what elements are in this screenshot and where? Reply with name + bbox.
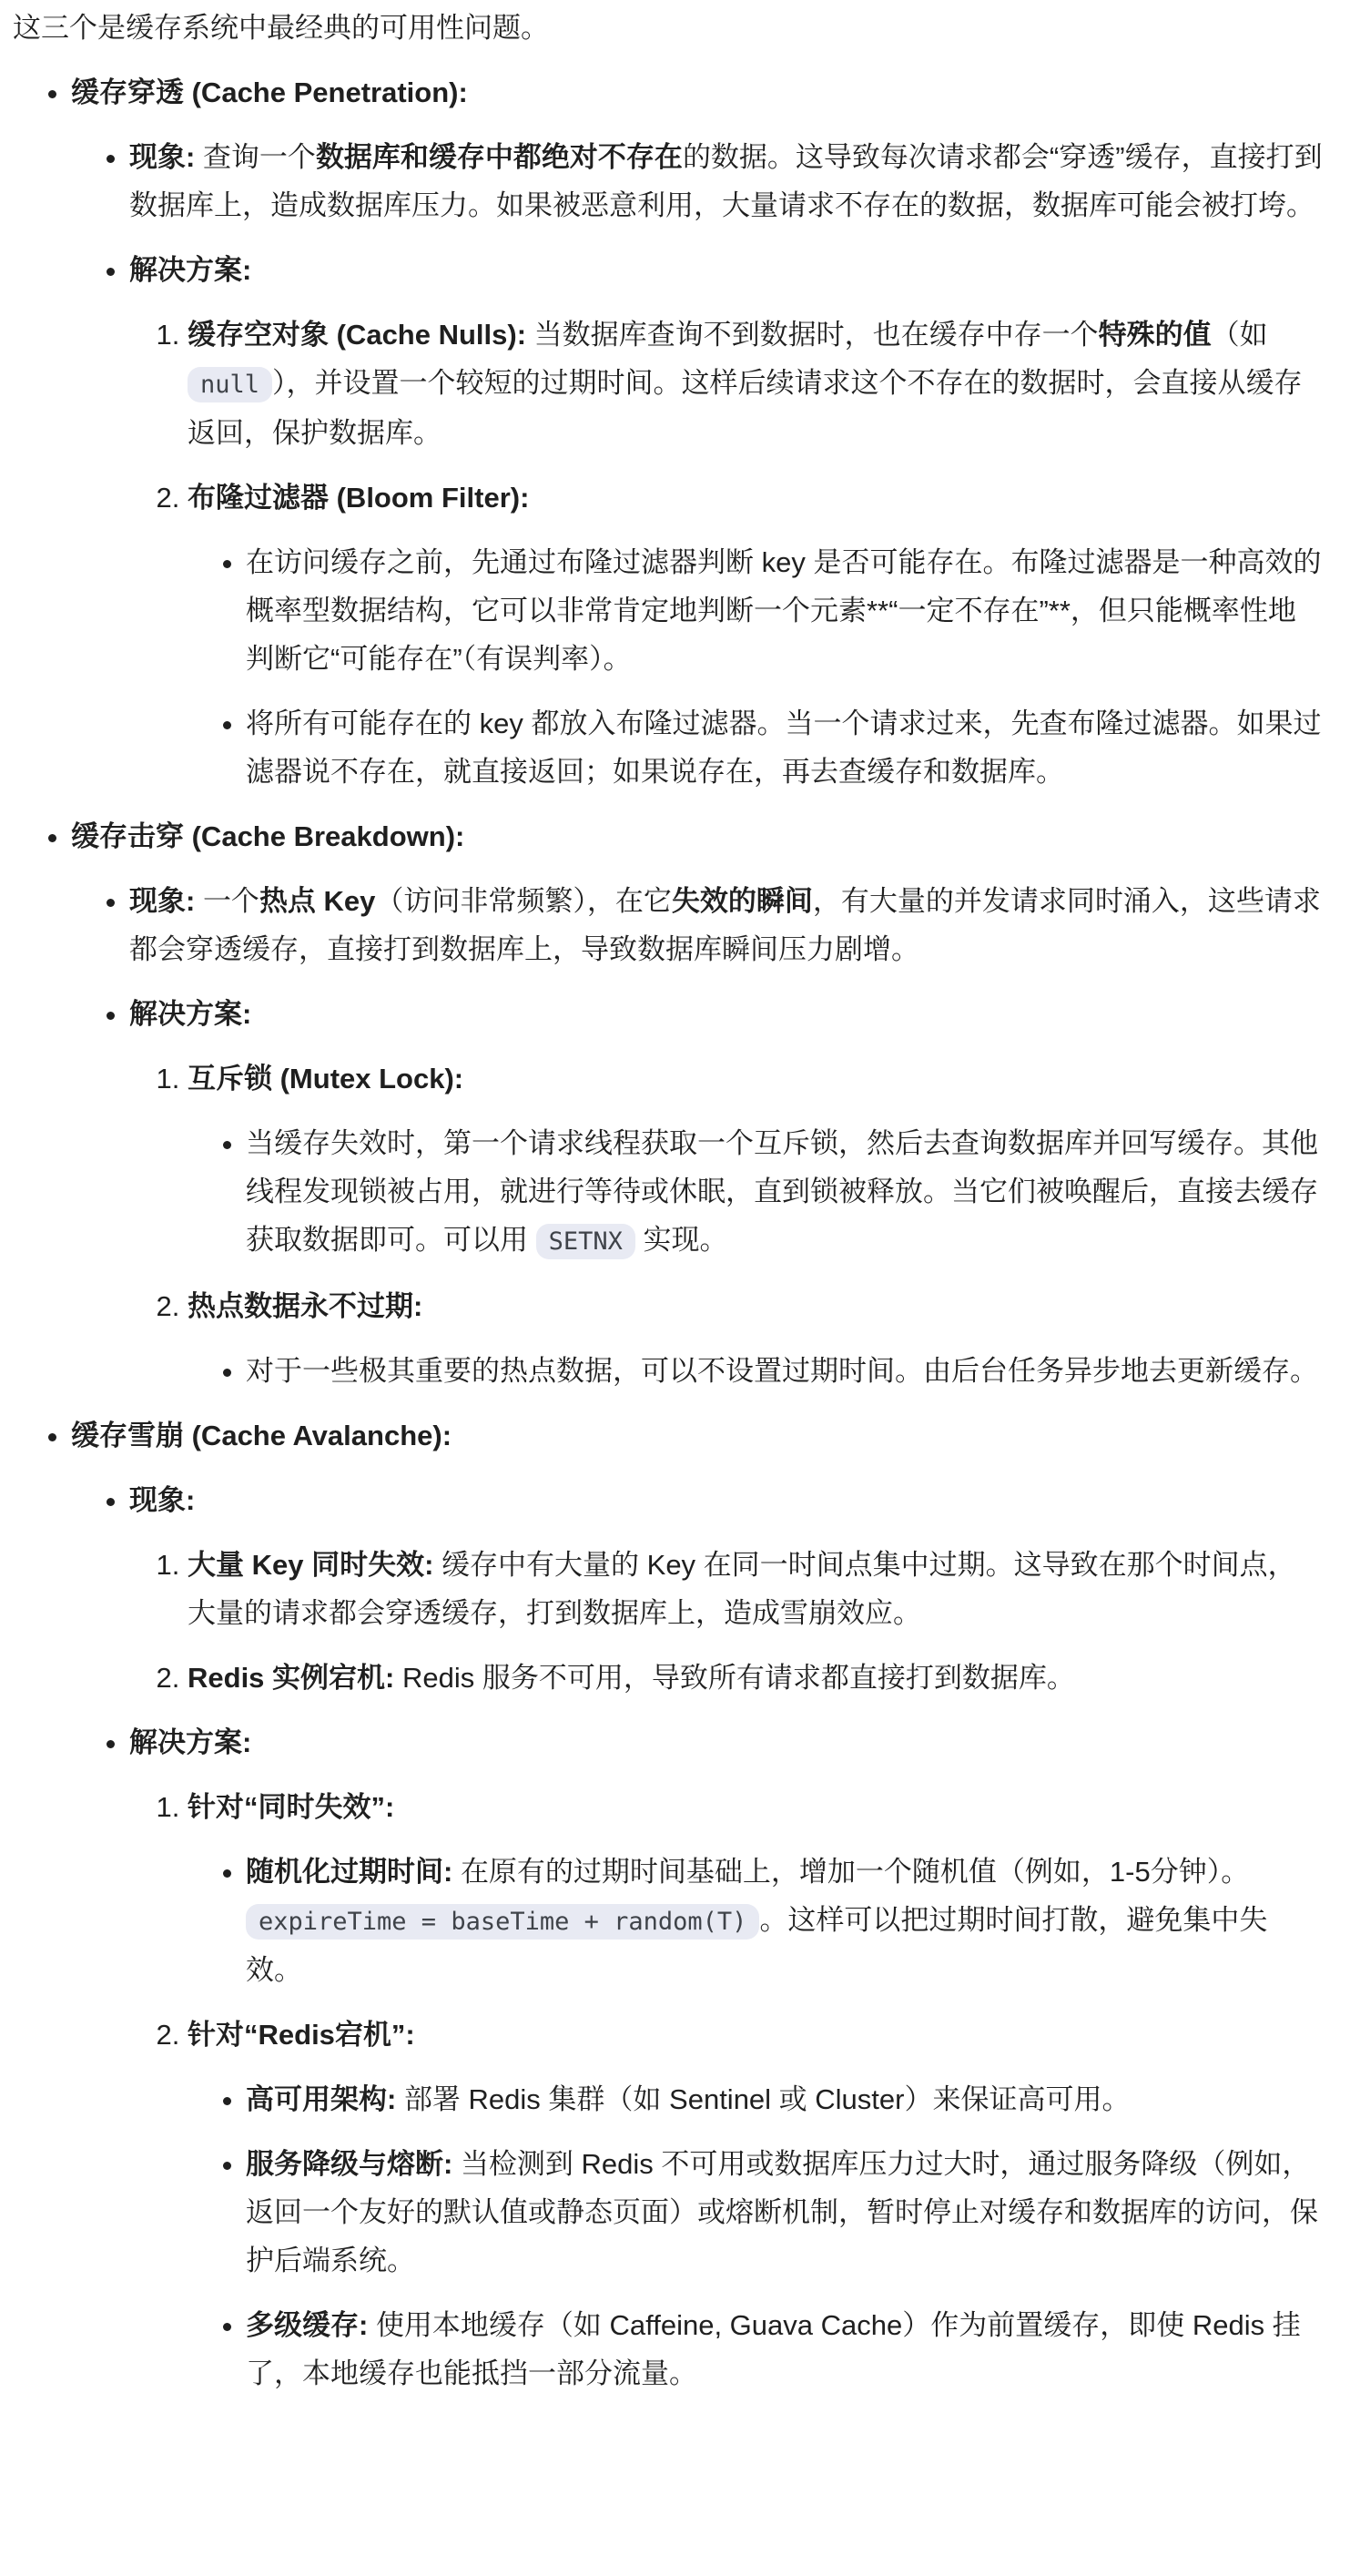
bold-text: 解决方案: xyxy=(129,998,251,1030)
list-item: 当缓存失效时，第一个请求线程获取一个互斥锁，然后去查询数据库并回写缓存。其他线程… xyxy=(246,1119,1324,1266)
paragraph: 将所有可能存在的 key 都放入布隆过滤器。当一个请求过来，先查布隆过滤器。如果… xyxy=(246,699,1324,796)
bullet-list: 对于一些极其重要的热点数据，可以不设置过期时间。由后台任务异步地去更新缓存。 xyxy=(188,1347,1324,1395)
list-item: 高可用架构: 部署 Redis 集群（如 Sentinel 或 Cluster）… xyxy=(246,2075,1324,2123)
bullet-list: 高可用架构: 部署 Redis 集群（如 Sentinel 或 Cluster）… xyxy=(188,2075,1324,2398)
list-item: 缓存击穿 (Cache Breakdown):现象: 一个热点 Key（访问非常… xyxy=(71,812,1324,1395)
bold-text: 针对“同时失效”: xyxy=(188,1791,394,1823)
text-run: 实现。 xyxy=(635,1224,728,1256)
paragraph: 在访问缓存之前，先通过布隆过滤器判断 key 是否可能存在。布隆过滤器是一种高效… xyxy=(246,538,1324,683)
bold-text: 高可用架构: xyxy=(246,2083,404,2115)
paragraph: 服务降级与熔断: 当检测到 Redis 不可用或数据库压力过大时，通过服务降级（… xyxy=(246,2140,1324,2285)
text-run: 在原有的过期时间基础上，增加一个随机值（例如，1-5分钟）。 xyxy=(461,1856,1249,1888)
paragraph: 布隆过滤器 (Bloom Filter): xyxy=(188,473,1324,522)
bold-text: 服务降级与熔断: xyxy=(246,2148,461,2180)
paragraph: 现象: 查询一个数据库和缓存中都绝对不存在的数据。这导致每次请求都会“穿透”缓存… xyxy=(129,133,1324,229)
text-run: 查询一个 xyxy=(203,141,316,173)
list-item: 缓存空对象 (Cache Nulls): 当数据库查询不到数据时，也在缓存中存一… xyxy=(188,311,1324,457)
bullet-list: 现象: 查询一个数据库和缓存中都绝对不存在的数据。这导致每次请求都会“穿透”缓存… xyxy=(71,133,1324,796)
document-body: 这三个是缓存系统中最经典的可用性问题。缓存穿透 (Cache Penetrati… xyxy=(13,4,1324,2398)
list-item: 大量 Key 同时失效: 缓存中有大量的 Key 在同一时间点集中过期。这导致在… xyxy=(188,1541,1324,1637)
list-item: 互斥锁 (Mutex Lock):当缓存失效时，第一个请求线程获取一个互斥锁，然… xyxy=(188,1054,1324,1266)
bold-text: 失效的瞬间 xyxy=(672,885,813,917)
paragraph: 针对“Redis宕机”: xyxy=(188,2011,1324,2059)
paragraph: 缓存空对象 (Cache Nulls): 当数据库查询不到数据时，也在缓存中存一… xyxy=(188,311,1324,457)
ordered-list: 大量 Key 同时失效: 缓存中有大量的 Key 在同一时间点集中过期。这导致在… xyxy=(129,1541,1324,1702)
ordered-list: 针对“同时失效”:随机化过期时间: 在原有的过期时间基础上，增加一个随机值（例如… xyxy=(129,1783,1324,2398)
bold-text: 大量 Key 同时失效: xyxy=(188,1549,441,1581)
list-item: 针对“同时失效”:随机化过期时间: 在原有的过期时间基础上，增加一个随机值（例如… xyxy=(188,1783,1324,1994)
bold-text: 缓存穿透 (Cache Penetration): xyxy=(71,76,468,108)
text-run: 这三个是缓存系统中最经典的可用性问题。 xyxy=(13,12,549,44)
list-item: 热点数据永不过期:对于一些极其重要的热点数据，可以不设置过期时间。由后台任务异步… xyxy=(188,1282,1324,1395)
paragraph: 对于一些极其重要的热点数据，可以不设置过期时间。由后台任务异步地去更新缓存。 xyxy=(246,1347,1324,1395)
ordered-list: 互斥锁 (Mutex Lock):当缓存失效时，第一个请求线程获取一个互斥锁，然… xyxy=(129,1054,1324,1395)
bold-text: 随机化过期时间: xyxy=(246,1856,461,1888)
bullet-list: 缓存穿透 (Cache Penetration):现象: 查询一个数据库和缓存中… xyxy=(13,68,1324,2398)
paragraph: 解决方案: xyxy=(129,990,1324,1038)
text-run: （如 xyxy=(1212,319,1268,351)
list-item: 缓存穿透 (Cache Penetration):现象: 查询一个数据库和缓存中… xyxy=(71,68,1324,796)
text-run: 对于一些极其重要的热点数据，可以不设置过期时间。由后台任务异步地去更新缓存。 xyxy=(246,1355,1318,1387)
paragraph: 大量 Key 同时失效: 缓存中有大量的 Key 在同一时间点集中过期。这导致在… xyxy=(188,1541,1324,1637)
assistant-message: 这三个是缓存系统中最经典的可用性问题。缓存穿透 (Cache Penetrati… xyxy=(0,0,1360,2465)
list-item: 现象: 查询一个数据库和缓存中都绝对不存在的数据。这导致每次请求都会“穿透”缓存… xyxy=(129,133,1324,229)
text-run: 当数据库查询不到数据时，也在缓存中存一个 xyxy=(534,319,1099,351)
bold-text: 热点 Key xyxy=(259,885,375,917)
bold-text: 布隆过滤器 (Bloom Filter): xyxy=(188,482,529,514)
bold-text: 解决方案: xyxy=(129,1726,251,1758)
list-item: 解决方案:互斥锁 (Mutex Lock):当缓存失效时，第一个请求线程获取一个… xyxy=(129,990,1324,1395)
paragraph: 缓存雪崩 (Cache Avalanche): xyxy=(71,1411,1324,1460)
list-item: 现象:大量 Key 同时失效: 缓存中有大量的 Key 在同一时间点集中过期。这… xyxy=(129,1476,1324,1702)
text-run: ），并设置一个较短的过期时间。这样后续请求这个不存在的数据时，会直接从缓存返回，… xyxy=(188,367,1303,449)
list-item: 多级缓存: 使用本地缓存（如 Caffeine, Guava Cache）作为前… xyxy=(246,2301,1324,2398)
paragraph: 现象: 一个热点 Key（访问非常频繁），在它失效的瞬间，有大量的并发请求同时涌… xyxy=(129,877,1324,973)
bold-text: 多级缓存: xyxy=(246,2309,376,2341)
bullet-list: 现象: 一个热点 Key（访问非常频繁），在它失效的瞬间，有大量的并发请求同时涌… xyxy=(71,877,1324,1395)
list-item: 对于一些极其重要的热点数据，可以不设置过期时间。由后台任务异步地去更新缓存。 xyxy=(246,1347,1324,1395)
text-run: 将所有可能存在的 key 都放入布隆过滤器。当一个请求过来，先查布隆过滤器。如果… xyxy=(246,708,1321,788)
paragraph: 随机化过期时间: 在原有的过期时间基础上，增加一个随机值（例如，1-5分钟）。e… xyxy=(246,1848,1324,1994)
list-item: 布隆过滤器 (Bloom Filter):在访问缓存之前，先通过布隆过滤器判断 … xyxy=(188,473,1324,796)
bold-text: Redis 实例宕机: xyxy=(188,1662,402,1694)
paragraph: 当缓存失效时，第一个请求线程获取一个互斥锁，然后去查询数据库并回写缓存。其他线程… xyxy=(246,1119,1324,1266)
paragraph: 多级缓存: 使用本地缓存（如 Caffeine, Guava Cache）作为前… xyxy=(246,2301,1324,2398)
bold-text: 数据库和缓存中都绝对不存在 xyxy=(316,141,683,173)
bold-text: 现象: xyxy=(129,885,203,917)
list-item: 将所有可能存在的 key 都放入布隆过滤器。当一个请求过来，先查布隆过滤器。如果… xyxy=(246,699,1324,796)
paragraph: 热点数据永不过期: xyxy=(188,1282,1324,1330)
bold-text: 针对“Redis宕机”: xyxy=(188,2019,415,2051)
bullet-list: 当缓存失效时，第一个请求线程获取一个互斥锁，然后去查询数据库并回写缓存。其他线程… xyxy=(188,1119,1324,1266)
bold-text: 解决方案: xyxy=(129,254,251,286)
bold-text: 互斥锁 (Mutex Lock): xyxy=(188,1063,463,1095)
text-run: 一个 xyxy=(203,885,259,917)
paragraph: 高可用架构: 部署 Redis 集群（如 Sentinel 或 Cluster）… xyxy=(246,2075,1324,2123)
list-item: 在访问缓存之前，先通过布隆过滤器判断 key 是否可能存在。布隆过滤器是一种高效… xyxy=(246,538,1324,683)
text-run: 当缓存失效时，第一个请求线程获取一个互斥锁，然后去查询数据库并回写缓存。其他线程… xyxy=(246,1127,1318,1256)
list-item: 解决方案:缓存空对象 (Cache Nulls): 当数据库查询不到数据时，也在… xyxy=(129,246,1324,796)
text-run: 部署 Redis 集群（如 Sentinel 或 Cluster）来保证高可用。 xyxy=(404,2083,1131,2115)
inline-code: expireTime = baseTime + random(T) xyxy=(246,1904,759,1940)
bold-text: 缓存雪崩 (Cache Avalanche): xyxy=(71,1420,452,1451)
paragraph: 现象: xyxy=(129,1476,1324,1524)
paragraph: 这三个是缓存系统中最经典的可用性问题。 xyxy=(13,4,1324,52)
bullet-list: 随机化过期时间: 在原有的过期时间基础上，增加一个随机值（例如，1-5分钟）。e… xyxy=(188,1848,1324,1994)
text-run: Redis 服务不可用，导致所有请求都直接打到数据库。 xyxy=(402,1662,1075,1694)
bold-text: 缓存击穿 (Cache Breakdown): xyxy=(71,820,464,852)
bold-text: 现象: xyxy=(129,141,203,173)
text-run: （访问非常频繁），在它 xyxy=(375,885,672,917)
list-item: 解决方案:针对“同时失效”:随机化过期时间: 在原有的过期时间基础上，增加一个随… xyxy=(129,1718,1324,2398)
bold-text: 现象: xyxy=(129,1484,195,1516)
list-item: 现象: 一个热点 Key（访问非常频繁），在它失效的瞬间，有大量的并发请求同时涌… xyxy=(129,877,1324,973)
bullet-list: 在访问缓存之前，先通过布隆过滤器判断 key 是否可能存在。布隆过滤器是一种高效… xyxy=(188,538,1324,796)
bullet-list: 现象:大量 Key 同时失效: 缓存中有大量的 Key 在同一时间点集中过期。这… xyxy=(71,1476,1324,2398)
list-item: 针对“Redis宕机”:高可用架构: 部署 Redis 集群（如 Sentine… xyxy=(188,2011,1324,2398)
paragraph: 针对“同时失效”: xyxy=(188,1783,1324,1831)
list-item: 服务降级与熔断: 当检测到 Redis 不可用或数据库压力过大时，通过服务降级（… xyxy=(246,2140,1324,2285)
list-item: 缓存雪崩 (Cache Avalanche):现象:大量 Key 同时失效: 缓… xyxy=(71,1411,1324,2398)
paragraph: Redis 实例宕机: Redis 服务不可用，导致所有请求都直接打到数据库。 xyxy=(188,1654,1324,1702)
text-run: 使用本地缓存（如 Caffeine, Guava Cache）作为前置缓存，即使… xyxy=(246,2309,1301,2389)
paragraph: 互斥锁 (Mutex Lock): xyxy=(188,1054,1324,1103)
text-run: 在访问缓存之前，先通过布隆过滤器判断 key 是否可能存在。布隆过滤器是一种高效… xyxy=(246,546,1321,675)
bold-text: 热点数据永不过期: xyxy=(188,1290,422,1322)
paragraph: 缓存击穿 (Cache Breakdown): xyxy=(71,812,1324,860)
bold-text: 缓存空对象 (Cache Nulls): xyxy=(188,319,534,351)
inline-code: null xyxy=(188,367,272,402)
paragraph: 解决方案: xyxy=(129,246,1324,294)
bold-text: 特殊的值 xyxy=(1099,319,1212,351)
paragraph: 解决方案: xyxy=(129,1718,1324,1767)
ordered-list: 缓存空对象 (Cache Nulls): 当数据库查询不到数据时，也在缓存中存一… xyxy=(129,311,1324,796)
paragraph: 缓存穿透 (Cache Penetration): xyxy=(71,68,1324,117)
list-item: Redis 实例宕机: Redis 服务不可用，导致所有请求都直接打到数据库。 xyxy=(188,1654,1324,1702)
list-item: 随机化过期时间: 在原有的过期时间基础上，增加一个随机值（例如，1-5分钟）。e… xyxy=(246,1848,1324,1994)
inline-code: SETNX xyxy=(536,1224,635,1259)
